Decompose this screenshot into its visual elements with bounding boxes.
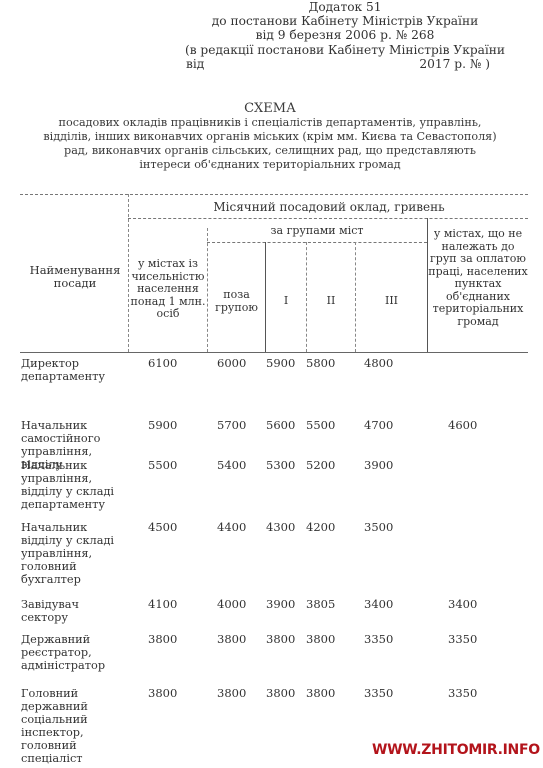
salary-g2: 5200: [306, 459, 335, 472]
salary-outside: 5700: [217, 419, 246, 432]
annex-date: від 9 березня 2006 р. № 268: [180, 28, 510, 42]
salary-other: 4600: [448, 419, 477, 432]
salary-outside: 5400: [217, 459, 246, 472]
salary-g2: 3800: [306, 633, 335, 646]
annex-header: Додаток 51 до постанови Кабінету Міністр…: [180, 0, 510, 71]
header-divider-2: [207, 242, 427, 243]
salary-big: 4100: [148, 598, 177, 611]
salary-g2: 3805: [306, 598, 335, 611]
salary-other: 3400: [448, 598, 477, 611]
header-monthly-salary: Місячний посадовий оклад, гривень: [130, 201, 528, 214]
table-top-border: [20, 194, 528, 195]
salary-g1: 5900: [266, 357, 295, 370]
salary-g3: 3350: [364, 687, 393, 700]
watermark: WWW.ZHITOMIR.INFO: [372, 742, 540, 758]
header-divider-1: [128, 218, 528, 219]
annex-edition-date: від 2017 р. № ): [180, 57, 510, 71]
position-name: Головний державний соціальний інспектор,…: [21, 687, 129, 765]
salary-outside: 4400: [217, 521, 246, 534]
header-by-city-groups: за групами міст: [207, 225, 427, 238]
document-title: СХЕМА посадових окладів працівників і сп…: [20, 101, 520, 172]
salary-g3: 4700: [364, 419, 393, 432]
salary-other: 3350: [448, 633, 477, 646]
salary-outside: 3800: [217, 687, 246, 700]
salary-g3: 3400: [364, 598, 393, 611]
salary-big: 5900: [148, 419, 177, 432]
salary-g1: 4300: [266, 521, 295, 534]
header-position-name: Найменування посади: [22, 264, 128, 289]
salary-big: 3800: [148, 687, 177, 700]
position-name: Завідувач сектору: [21, 598, 129, 624]
header-outside-group: поза групою: [208, 289, 265, 314]
salary-g2: 5800: [306, 357, 335, 370]
salary-g3: 3500: [364, 521, 393, 534]
salary-g2: 5500: [306, 419, 335, 432]
salary-g1: 3800: [266, 633, 295, 646]
salary-g2: 4200: [306, 521, 335, 534]
salary-big: 5500: [148, 459, 177, 472]
header-group-2: II: [307, 295, 355, 308]
annex-edition: (в редакції постанови Кабінету Міністрів…: [180, 43, 510, 57]
header-group-1: I: [266, 295, 306, 308]
header-other-settlements: у містах, що не належать до груп за опла…: [428, 228, 528, 328]
annex-number: Додаток 51: [180, 0, 510, 14]
salary-g2: 3800: [306, 687, 335, 700]
salary-big: 3800: [148, 633, 177, 646]
salary-g1: 3800: [266, 687, 295, 700]
title-subtitle-3: рад, виконавчих органів сільських, селищ…: [20, 144, 520, 158]
annex-resolution: до постанови Кабінету Міністрів України: [180, 14, 510, 28]
salary-big: 6100: [148, 357, 177, 370]
salary-big: 4500: [148, 521, 177, 534]
salary-g1: 5600: [266, 419, 295, 432]
salary-g3: 3900: [364, 459, 393, 472]
salary-other: 3350: [448, 687, 477, 700]
position-name: Державний реєстратор, адміністратор: [21, 633, 129, 672]
salary-g3: 3350: [364, 633, 393, 646]
salary-outside: 6000: [217, 357, 246, 370]
title-subtitle-1: посадових окладів працівників і спеціалі…: [20, 116, 520, 130]
position-name: Директор департаменту: [21, 357, 129, 383]
salary-g1: 3900: [266, 598, 295, 611]
salary-outside: 4000: [217, 598, 246, 611]
header-big-cities: у містах із чисельністю населення понад …: [129, 258, 207, 321]
header-bottom-border: [20, 352, 528, 353]
title-subtitle-4: інтереси об'єднаних територіальних грома…: [20, 158, 520, 172]
position-name: Начальник управління, відділу у складі д…: [21, 459, 129, 511]
salary-g3: 4800: [364, 357, 393, 370]
title-heading: СХЕМА: [20, 101, 520, 116]
salary-g1: 5300: [266, 459, 295, 472]
title-subtitle-2: відділів, інших виконавчих органів міськ…: [20, 130, 520, 144]
header-group-3: III: [356, 295, 427, 308]
position-name: Начальник відділу у складі управління, г…: [21, 521, 129, 586]
salary-outside: 3800: [217, 633, 246, 646]
